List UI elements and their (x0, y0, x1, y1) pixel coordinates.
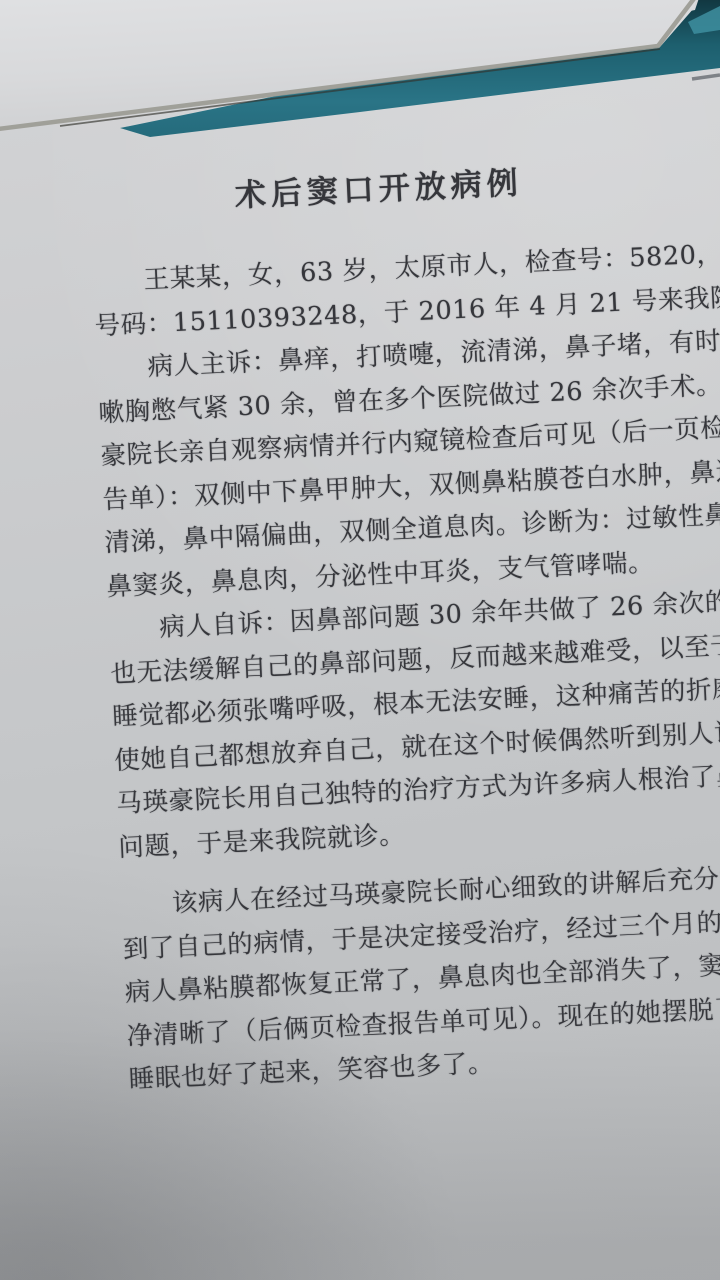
photo-of-document: 术后窦口开放病例 王某某，女，63 岁，太原市人，检查号：5820，电话号码：1… (0, 0, 720, 1280)
pen-dash-mark (692, 75, 720, 79)
paragraph: 病人自诉：因鼻部问题 30 余年共做了 26 余次的手术，也无法缓解自己的鼻部问… (108, 581, 720, 870)
paragraph: 病人主诉：鼻痒，打喷嚏，流清涕，鼻子堵，有时咳嗽胸憋气紧 30 余，曾在多个医院… (96, 321, 720, 610)
stacked-papers-edge (0, 0, 720, 190)
document-text-block: 术后窦口开放病例 王某某，女，63 岁，太原市人，检查号：5820，电话号码：1… (88, 152, 720, 1102)
document-body: 王某某，女，63 岁，太原市人，检查号：5820，电话号码：1511039324… (92, 234, 720, 1103)
paragraph: 该病人在经过马瑛豪院长耐心细致的讲解后充分认识到了自己的病情，于是决定接受治疗，… (120, 857, 720, 1102)
